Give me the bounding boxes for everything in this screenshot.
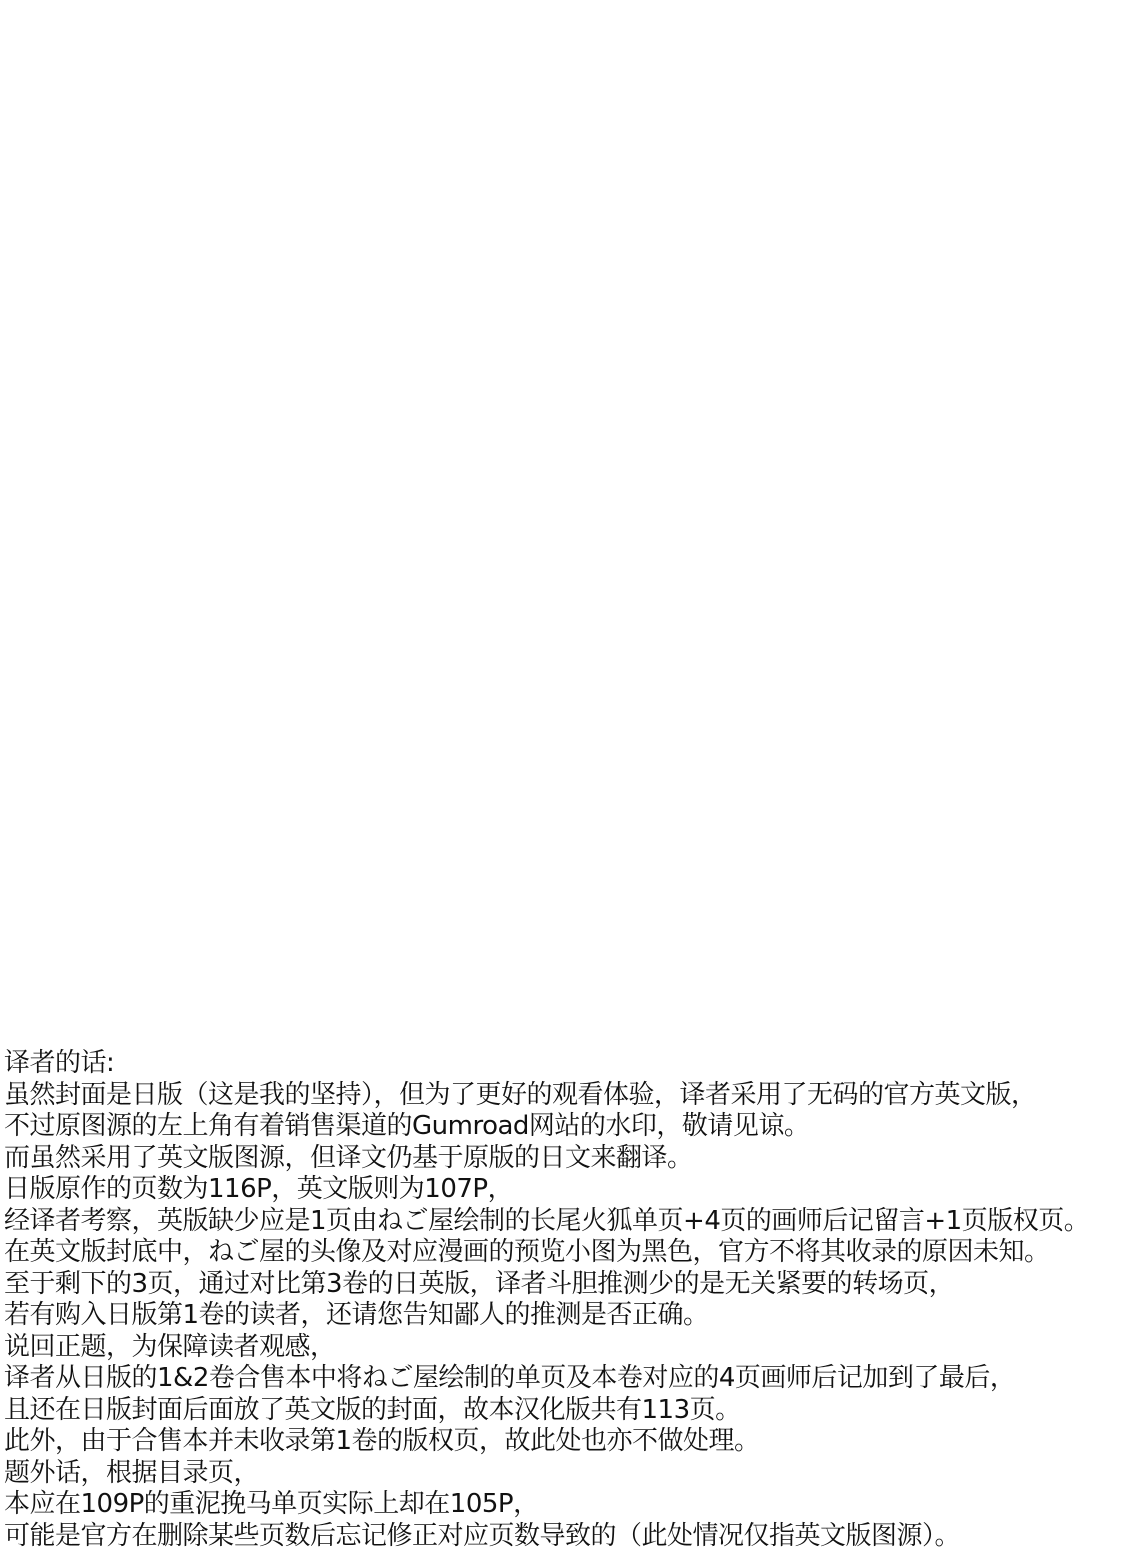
note-line: 若有购入日版第1卷的读者，还请您告知鄙人的推测是否正确。 [4, 1300, 1122, 1332]
note-line: 可能是官方在删除某些页数后忘记修正对应页数导致的（此处情况仅指英文版图源）。 [4, 1521, 1122, 1553]
note-line: 说回正题，为保障读者观感， [4, 1332, 1122, 1364]
document-page: 译者的话: 虽然封面是日版（这是我的坚持），但为了更好的观看体验，译者采用了无码… [0, 0, 1122, 1565]
note-line: 此外，由于合售本并未收录第1卷的版权页，故此处也亦不做处理。 [4, 1426, 1122, 1458]
note-line: 日版原作的页数为116P，英文版则为107P， [4, 1174, 1122, 1206]
note-line: 经译者考察，英版缺少应是1页由ねご屋绘制的长尾火狐单页+4页的画师后记留言+1页… [4, 1206, 1122, 1238]
note-line: 至于剩下的3页，通过对比第3卷的日英版，译者斗胆推测少的是无关紧要的转场页， [4, 1269, 1122, 1301]
translator-note: 译者的话: 虽然封面是日版（这是我的坚持），但为了更好的观看体验，译者采用了无码… [4, 1048, 1122, 1552]
note-title: 译者的话: [4, 1048, 1122, 1080]
note-line: 不过原图源的左上角有着销售渠道的Gumroad网站的水印，敬请见谅。 [4, 1111, 1122, 1143]
note-line: 而虽然采用了英文版图源，但译文仍基于原版的日文来翻译。 [4, 1143, 1122, 1175]
note-line: 且还在日版封面后面放了英文版的封面，故本汉化版共有113页。 [4, 1395, 1122, 1427]
note-line: 题外话，根据目录页， [4, 1458, 1122, 1490]
note-line: 译者从日版的1&2卷合售本中将ねご屋绘制的单页及本卷对应的4页画师后记加到了最后… [4, 1363, 1122, 1395]
note-line: 虽然封面是日版（这是我的坚持），但为了更好的观看体验，译者采用了无码的官方英文版… [4, 1080, 1122, 1112]
note-line: 在英文版封底中，ねご屋的头像及对应漫画的预览小图为黑色，官方不将其收录的原因未知… [4, 1237, 1122, 1269]
note-line: 本应在109P的重泥挽马单页实际上却在105P， [4, 1489, 1122, 1521]
